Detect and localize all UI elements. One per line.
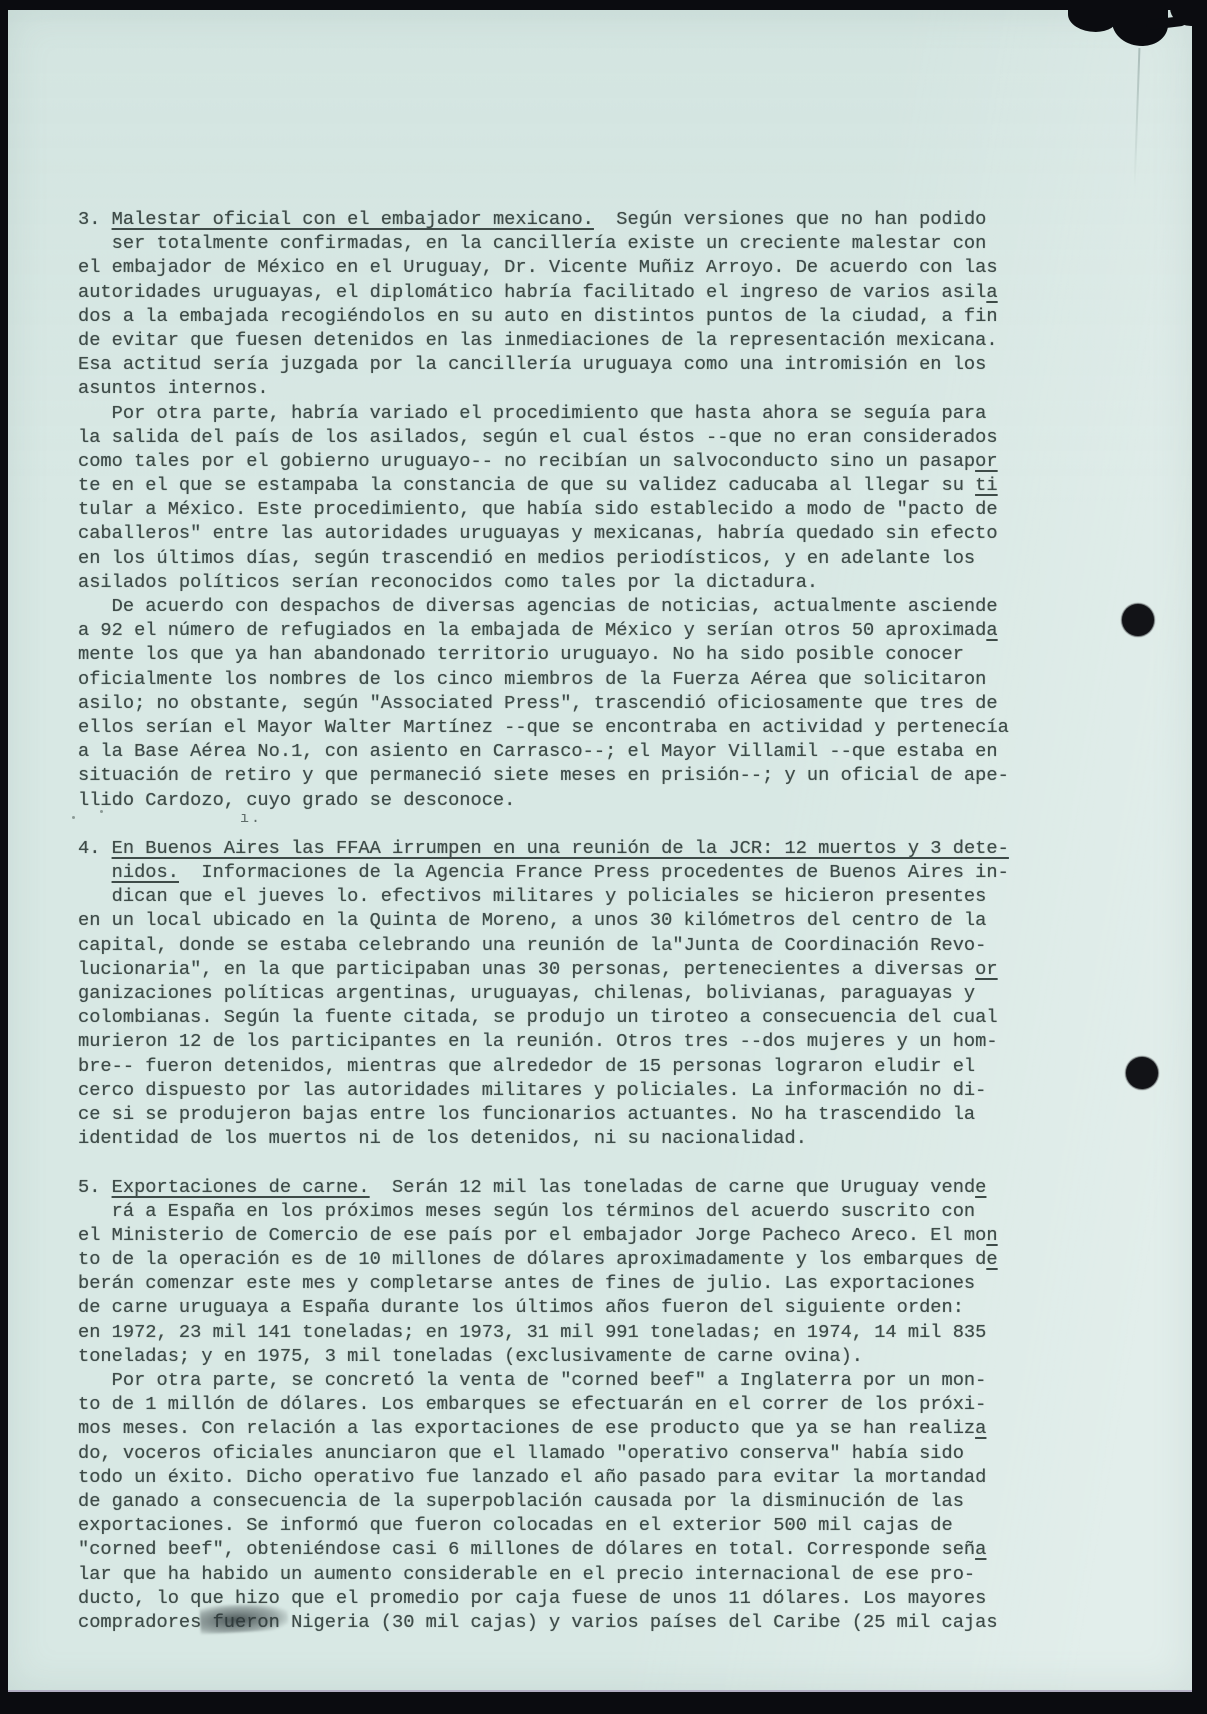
text-line: colombianas. Según la fuente citada, se … — [78, 1005, 1009, 1029]
underlined-text: a — [975, 1417, 986, 1439]
text-run: dican que el jueves lo. efectivos milita… — [112, 885, 987, 907]
text-line: to de 1 millón de dólares. Los embarques… — [78, 1392, 1009, 1416]
underlined-text: or — [975, 958, 997, 980]
text-line: ellos serían el Mayor Walter Martínez --… — [78, 715, 1009, 739]
document-text: 3. Malestar oficial con el embajador mex… — [78, 207, 1009, 1634]
text-run: el embajador de México en el Uruguay, Dr… — [78, 256, 998, 278]
text-line: en 1972, 23 mil 141 toneladas; en 1973, … — [78, 1320, 1009, 1344]
text-run: rá a España en los próximos meses según … — [112, 1200, 976, 1222]
text-run: dos a la embajada recogiéndolos en su au… — [78, 305, 998, 327]
text-line: rá a España en los próximos meses según … — [78, 1199, 1009, 1223]
text-line: el embajador de México en el Uruguay, Dr… — [78, 255, 1009, 279]
text-run: tular a México. Este procedimiento, que … — [78, 498, 998, 520]
text-line: mos meses. Con relación a las exportacio… — [78, 1416, 1009, 1440]
text-line: lar que ha habido un aumento considerabl… — [78, 1562, 1009, 1586]
text-line: nidos. Informaciones de la Agencia Franc… — [78, 860, 1009, 884]
text-line: de carne uruguaya a España durante los ú… — [78, 1295, 1009, 1319]
text-run: situación de retiro y que permaneció sie… — [78, 764, 1009, 786]
text-run: ser totalmente confirmadas, en la cancil… — [112, 232, 987, 254]
text-run: 3. — [78, 208, 112, 230]
text-line: mente los que ya han abandonado territor… — [78, 642, 1009, 666]
text-run: colombianas. Según la fuente citada, se … — [78, 1006, 998, 1028]
text-run: identidad de los muertos ni de los deten… — [78, 1127, 807, 1149]
text-run: asuntos internos. — [78, 377, 269, 399]
text-line: en los últimos días, según trascendió en… — [78, 546, 1009, 570]
text-run: Informaciones de la Agencia France Press… — [179, 861, 1009, 883]
underlined-text: nidos. — [112, 861, 179, 883]
text-run: de carne uruguaya a España durante los ú… — [78, 1296, 964, 1318]
text-line: Esa actitud sería juzgada por la cancill… — [78, 352, 1009, 376]
text-run: to de la operación es de 10 millones de … — [78, 1248, 986, 1270]
text-run: mente los que ya han abandonado territor… — [78, 643, 964, 665]
text-run: oficialmente los nombres de los cinco mi… — [78, 668, 986, 690]
text-run: de ganado a consecuencia de la superpobl… — [78, 1490, 964, 1512]
text-run: De acuerdo con despachos de diversas age… — [112, 595, 998, 617]
text-run: asilados políticos serían reconocidos co… — [78, 571, 818, 593]
underlined-text: a — [986, 619, 997, 641]
text-run: te en el que se estampaba la constancia … — [78, 474, 975, 496]
text-run: autoridades uruguayas, el diplomático ha… — [78, 281, 986, 303]
section-3: 3. Malestar oficial con el embajador mex… — [78, 207, 1009, 812]
text-line: 4. En Buenos Aires las FFAA irrumpen en … — [78, 836, 1009, 860]
text-line: Por otra parte, se concretó la venta de … — [78, 1368, 1009, 1392]
text-line: bre-- fueron detenidos, mientras que alr… — [78, 1054, 1009, 1078]
text-line: ganizaciones políticas argentinas, urugu… — [78, 981, 1009, 1005]
underlined-text: ti — [975, 474, 997, 496]
text-line: do, voceros oficiales anunciaron que el … — [78, 1441, 1009, 1465]
text-line: situación de retiro y que permaneció sie… — [78, 763, 1009, 787]
text-line: asuntos internos. — [78, 376, 1009, 400]
text-run: "corned beef", obteniéndose casi 6 millo… — [78, 1538, 975, 1560]
text-run: berán comenzar este mes y completarse an… — [78, 1272, 975, 1294]
text-line: lucionaria", en la que participaban unas… — [78, 957, 1009, 981]
scan-background: { "colors": { "scan_background": "#0b0c1… — [0, 0, 1207, 1714]
text-line: identidad de los muertos ni de los deten… — [78, 1126, 1009, 1150]
text-line: to de la operación es de 10 millones de … — [78, 1247, 1009, 1271]
underlined-text: a — [975, 1538, 986, 1560]
underlined-text: Malestar oficial con el embajador mexica… — [112, 208, 594, 230]
text-run: lucionaria", en la que participaban unas… — [78, 958, 975, 980]
underlined-text: Exportaciones de carne. — [112, 1176, 370, 1198]
text-run: Por otra parte, habría variado el proced… — [112, 402, 987, 424]
paper-crease — [1134, 48, 1141, 188]
text-run: Según versiones que no han podido — [594, 208, 987, 230]
text-run: Serán 12 mil las toneladas de carne que … — [370, 1176, 976, 1198]
section-4: 4. En Buenos Aires las FFAA irrumpen en … — [78, 836, 1009, 1150]
text-line: ser totalmente confirmadas, en la cancil… — [78, 231, 1009, 255]
text-line: llido Cardozo, cuyo grado se desconoce. — [78, 788, 1009, 812]
text-line: dos a la embajada recogiéndolos en su au… — [78, 304, 1009, 328]
ink-smudge — [199, 1602, 288, 1635]
ink-speck — [100, 810, 103, 813]
text-line: a la Base Aérea No.1, con asiento en Car… — [78, 739, 1009, 763]
text-run: murieron 12 de los participantes en la r… — [78, 1030, 998, 1052]
text-run: Por otra parte, se concretó la venta de … — [112, 1369, 987, 1391]
underlined-text: En Buenos Aires las FFAA irrumpen en una… — [112, 837, 1009, 859]
text-run: en un local ubicado en la Quinta de More… — [78, 909, 986, 931]
hole-punch-mark — [1122, 604, 1154, 636]
underlined-text: e — [986, 1248, 997, 1270]
underlined-text: or — [975, 450, 997, 472]
text-run: a 92 el número de refugiados en la embaj… — [78, 619, 986, 641]
text-line: 3. Malestar oficial con el embajador mex… — [78, 207, 1009, 231]
text-line: cerco dispuesto por las autoridades mili… — [78, 1078, 1009, 1102]
text-line: de evitar que fuesen detenidos en las in… — [78, 328, 1009, 352]
text-line: dican que el jueves lo. efectivos milita… — [78, 884, 1009, 908]
text-run: ce si se produjeron bajas entre los func… — [78, 1103, 975, 1125]
text-line: tular a México. Este procedimiento, que … — [78, 497, 1009, 521]
section-5: 5. Exportaciones de carne. Serán 12 mil … — [78, 1175, 1009, 1635]
text-run: en los últimos días, según trascendió en… — [78, 547, 975, 569]
text-line: la salida del país de los asilados, segú… — [78, 425, 1009, 449]
text-run: capital, donde se estaba celebrando una … — [78, 934, 986, 956]
text-run: a la Base Aérea No.1, con asiento en Car… — [78, 740, 998, 762]
text-run: 4. — [78, 837, 112, 859]
text-run: bre-- fueron detenidos, mientras que alr… — [78, 1055, 975, 1077]
text-line: berán comenzar este mes y completarse an… — [78, 1271, 1009, 1295]
text-line: el Ministerio de Comercio de ese país po… — [78, 1223, 1009, 1247]
text-line: De acuerdo con despachos de diversas age… — [78, 594, 1009, 618]
text-line: a 92 el número de refugiados en la embaj… — [78, 618, 1009, 642]
text-run: como tales por el gobierno uruguayo-- no… — [78, 450, 975, 472]
hole-punch-mark — [1126, 1057, 1158, 1089]
text-line: caballeros" entre las autoridades urugua… — [78, 521, 1009, 545]
text-line: oficialmente los nombres de los cinco mi… — [78, 667, 1009, 691]
text-run: caballeros" entre las autoridades urugua… — [78, 522, 998, 544]
text-run: llido Cardozo, cuyo grado se desconoce. — [78, 789, 515, 811]
text-line: en un local ubicado en la Quinta de More… — [78, 908, 1009, 932]
stray-mark: ı. — [240, 810, 262, 827]
text-run: asilo; no obstante, según "Associated Pr… — [78, 692, 998, 714]
text-line: como tales por el gobierno uruguayo-- no… — [78, 449, 1009, 473]
text-run: mos meses. Con relación a las exportacio… — [78, 1417, 975, 1439]
text-run: Esa actitud sería juzgada por la cancill… — [78, 353, 986, 375]
text-line: Por otra parte, habría variado el proced… — [78, 401, 1009, 425]
text-line: asilados políticos serían reconocidos co… — [78, 570, 1009, 594]
text-line: ce si se produjeron bajas entre los func… — [78, 1102, 1009, 1126]
text-line: murieron 12 de los participantes en la r… — [78, 1029, 1009, 1053]
text-run: todo un éxito. Dicho operativo fue lanza… — [78, 1466, 986, 1488]
text-run: toneladas; y en 1975, 3 mil toneladas (e… — [78, 1345, 863, 1367]
underlined-text: n — [986, 1224, 997, 1246]
text-line: autoridades uruguayas, el diplomático ha… — [78, 280, 1009, 304]
underlined-text: e — [975, 1176, 986, 1198]
text-line: "corned beef", obteniéndose casi 6 millo… — [78, 1537, 1009, 1561]
text-run: to de 1 millón de dólares. Los embarques… — [78, 1393, 986, 1415]
text-line: exportaciones. Se informó que fueron col… — [78, 1513, 1009, 1537]
text-run: do, voceros oficiales anunciaron que el … — [78, 1442, 964, 1464]
text-run: en 1972, 23 mil 141 toneladas; en 1973, … — [78, 1321, 986, 1343]
text-run: 5. — [78, 1176, 112, 1198]
text-run: cerco dispuesto por las autoridades mili… — [78, 1079, 986, 1101]
text-run: ellos serían el Mayor Walter Martínez --… — [78, 716, 1009, 738]
text-line: 5. Exportaciones de carne. Serán 12 mil … — [78, 1175, 1009, 1199]
text-run: el Ministerio de Comercio de ese país po… — [78, 1224, 986, 1246]
text-line: de ganado a consecuencia de la superpobl… — [78, 1489, 1009, 1513]
text-run: lar que ha habido un aumento considerabl… — [78, 1563, 975, 1585]
text-line: te en el que se estampaba la constancia … — [78, 473, 1009, 497]
text-run: la salida del país de los asilados, segú… — [78, 426, 998, 448]
text-line: toneladas; y en 1975, 3 mil toneladas (e… — [78, 1344, 1009, 1368]
paper: 3. Malestar oficial con el embajador mex… — [8, 10, 1192, 1692]
ink-speck — [72, 816, 75, 819]
text-run: ganizaciones políticas argentinas, urugu… — [78, 982, 975, 1004]
text-run: exportaciones. Se informó que fueron col… — [78, 1514, 953, 1536]
text-line: capital, donde se estaba celebrando una … — [78, 933, 1009, 957]
text-line: asilo; no obstante, según "Associated Pr… — [78, 691, 1009, 715]
underlined-text: a — [986, 281, 997, 303]
text-run: de evitar que fuesen detenidos en las in… — [78, 329, 998, 351]
text-line: todo un éxito. Dicho operativo fue lanza… — [78, 1465, 1009, 1489]
